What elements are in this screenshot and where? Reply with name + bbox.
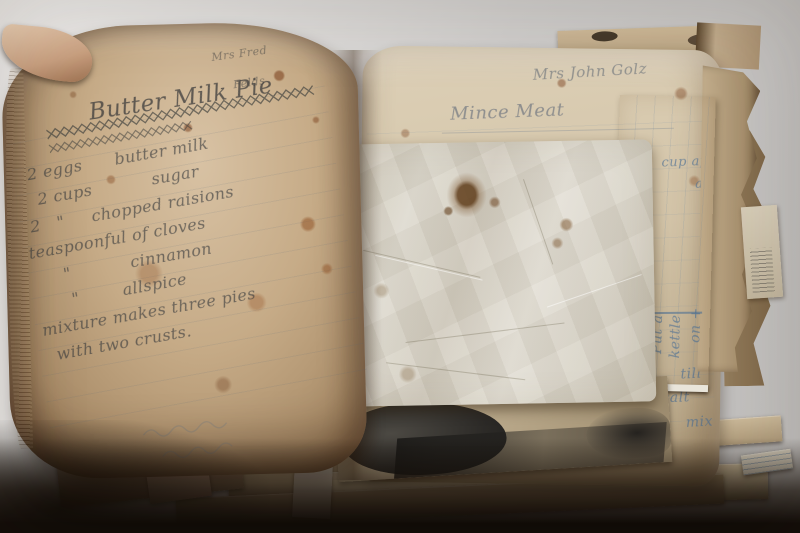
header-line: Mrs Fred — [211, 44, 268, 64]
recipe-ingredient-list: 2 eggs butter milk 2 cups sugar 2 " chop… — [14, 130, 263, 372]
newsprint-text-lines — [750, 247, 775, 292]
shadow-bottom — [0, 438, 800, 533]
left-page-butter-milk-pie: Mrs Fred Felds Butter Milk Pie 2 eggs bu… — [0, 19, 368, 480]
loose-crumpled-paper — [342, 139, 657, 406]
sideways-handwriting: kettle — [667, 314, 684, 358]
ink-blot — [591, 31, 617, 42]
paper-stains — [342, 139, 657, 406]
recipe-title-mince-meat: Mince Meat — [450, 99, 565, 124]
newsprint-scrap — [741, 205, 783, 299]
photo-old-recipe-book: Mrs John Golz Mince Meat cup apples any … — [0, 0, 800, 533]
faint-handwriting-fragment: mix — [685, 413, 713, 430]
